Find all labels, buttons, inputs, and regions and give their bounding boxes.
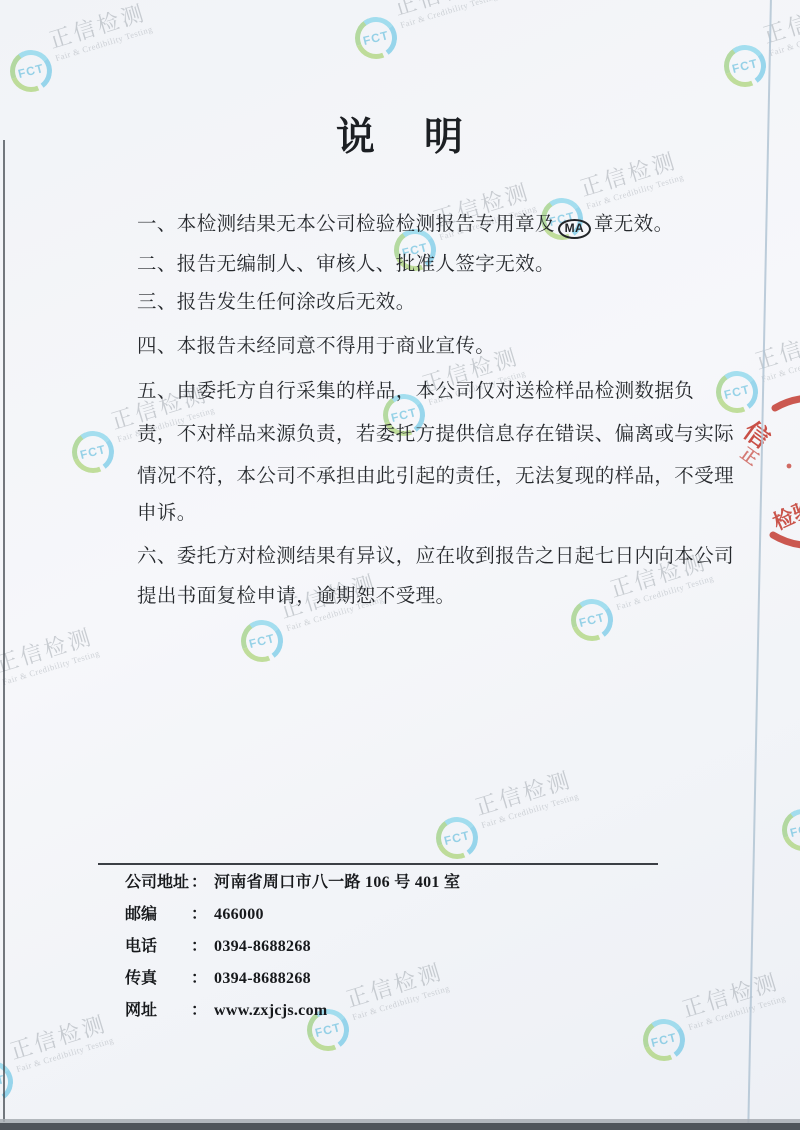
watermark: FCT正信检测Fair & Credibility Testing (571, 599, 781, 663)
fct-logo-icon: FCT (72, 431, 114, 473)
fct-logo-icon: FCT (355, 17, 397, 59)
fct-logo-icon: FCT (643, 1019, 685, 1061)
footer-fax-row: 传真： 0394-8688268 (125, 965, 311, 988)
body-line: 六、委托方对检测结果有异议，应在收到报告之日起七日内向本公司 (137, 540, 769, 568)
watermark: FCT正信检测Fair & Credibility Testing (0, 1061, 181, 1125)
scanned-document-page: FCT正信检测Fair & Credibility TestingFCT正信检测… (0, 0, 800, 1130)
body-line-text: 一、本检测结果无本公司检验检测报告专用章及 (137, 214, 555, 235)
footer-value: www.zxjcjs.com (214, 1002, 328, 1020)
body-line: 一、本检测结果无本公司检验检测报告专用章及MA章无效。 (137, 208, 674, 239)
stamp-char-top: 信 (738, 416, 775, 454)
watermark: FCT正信检测Fair & Credibility Testing (355, 17, 565, 81)
footer-address-row: 公司地址： 河南省周口市八一路 106 号 401 室 (125, 869, 460, 892)
footer-colon: ： (191, 997, 207, 1020)
watermark: FCT正信检测Fair & Credibility Testing (436, 817, 646, 881)
watermark: FCT正信检测Fair & Credibility Testing (0, 674, 167, 738)
footer-value: 0394-8688268 (214, 938, 311, 956)
footer-label: 网址 (125, 997, 191, 1020)
fct-logo-icon: FCT (436, 817, 478, 859)
body-line: 提出书面复检申请，逾期恕不受理。 (137, 580, 455, 608)
watermark: FCT正信检测Fair & Credibility Testing (241, 620, 451, 684)
footer-value: 466000 (214, 906, 264, 924)
watermark: FCT正信检测Fair & Credibility Testing (782, 809, 800, 873)
footer-colon: ： (191, 901, 207, 924)
body-line: 二、报告无编制人、审核人、批准人签字无效。 (137, 248, 555, 276)
fct-logo-icon: FCT (782, 809, 800, 851)
fct-logo-icon: FCT (241, 620, 283, 662)
scan-edge-bottom (0, 1123, 800, 1130)
footer-label: 邮编 (125, 901, 191, 924)
body-line-text: 章无效。 (594, 214, 674, 235)
fct-logo-icon: FCT (10, 50, 52, 92)
footer-colon: ： (191, 965, 207, 988)
page-title: 说 明 (336, 106, 468, 162)
watermark: FCT正信检测Fair & Credibility Testing (10, 50, 220, 114)
fct-logo-icon: FCT (571, 599, 613, 641)
footer-label: 传真 (125, 965, 191, 988)
footer-colon: ： (191, 869, 207, 892)
stamp-chars-bottom: 检验 (769, 496, 800, 535)
footer-postcode-row: 邮编： 466000 (125, 901, 264, 924)
body-line: 三、报告发生任何涂改后无效。 (137, 286, 416, 314)
footer-value: 河南省周口市八一路 106 号 401 室 (214, 869, 460, 892)
body-line: 责，不对样品来源负责，若委托方提供信息存在错误、偏离或与实际 (137, 418, 769, 446)
scan-edge-left (3, 140, 5, 1122)
footer-label: 电话 (125, 933, 191, 956)
watermark: FCT正信检测Fair & Credibility Testing (307, 1009, 517, 1073)
footer-website-row: 网址： www.zxjcjs.com (125, 997, 328, 1020)
fct-logo-icon: FCT (0, 1061, 13, 1103)
footer-value: 0394-8688268 (214, 970, 311, 988)
watermark: FCT正信检测Fair & Credibility Testing (724, 45, 800, 109)
fct-logo-icon: FCT (724, 45, 766, 87)
body-line: 申诉。 (137, 497, 197, 525)
footer-divider (98, 863, 658, 865)
footer-label: 公司地址 (125, 869, 191, 892)
footer-phone-row: 电话： 0394-8688268 (125, 933, 311, 956)
red-stamp: 信 正 检验 (700, 360, 800, 580)
footer-colon: ： (191, 933, 207, 956)
body-line: 五、由委托方自行采集的样品，本公司仅对送检样品检测数据负 (137, 375, 769, 403)
watermark: FCT正信检测Fair & Credibility Testing (643, 1019, 800, 1083)
cma-mark-icon: MA (558, 219, 591, 239)
body-line: 四、本报告未经同意不得用于商业宣传。 (137, 330, 495, 358)
body-line: 情况不符，本公司不承担由此引起的责任，无法复现的样品，不受理 (137, 460, 769, 488)
